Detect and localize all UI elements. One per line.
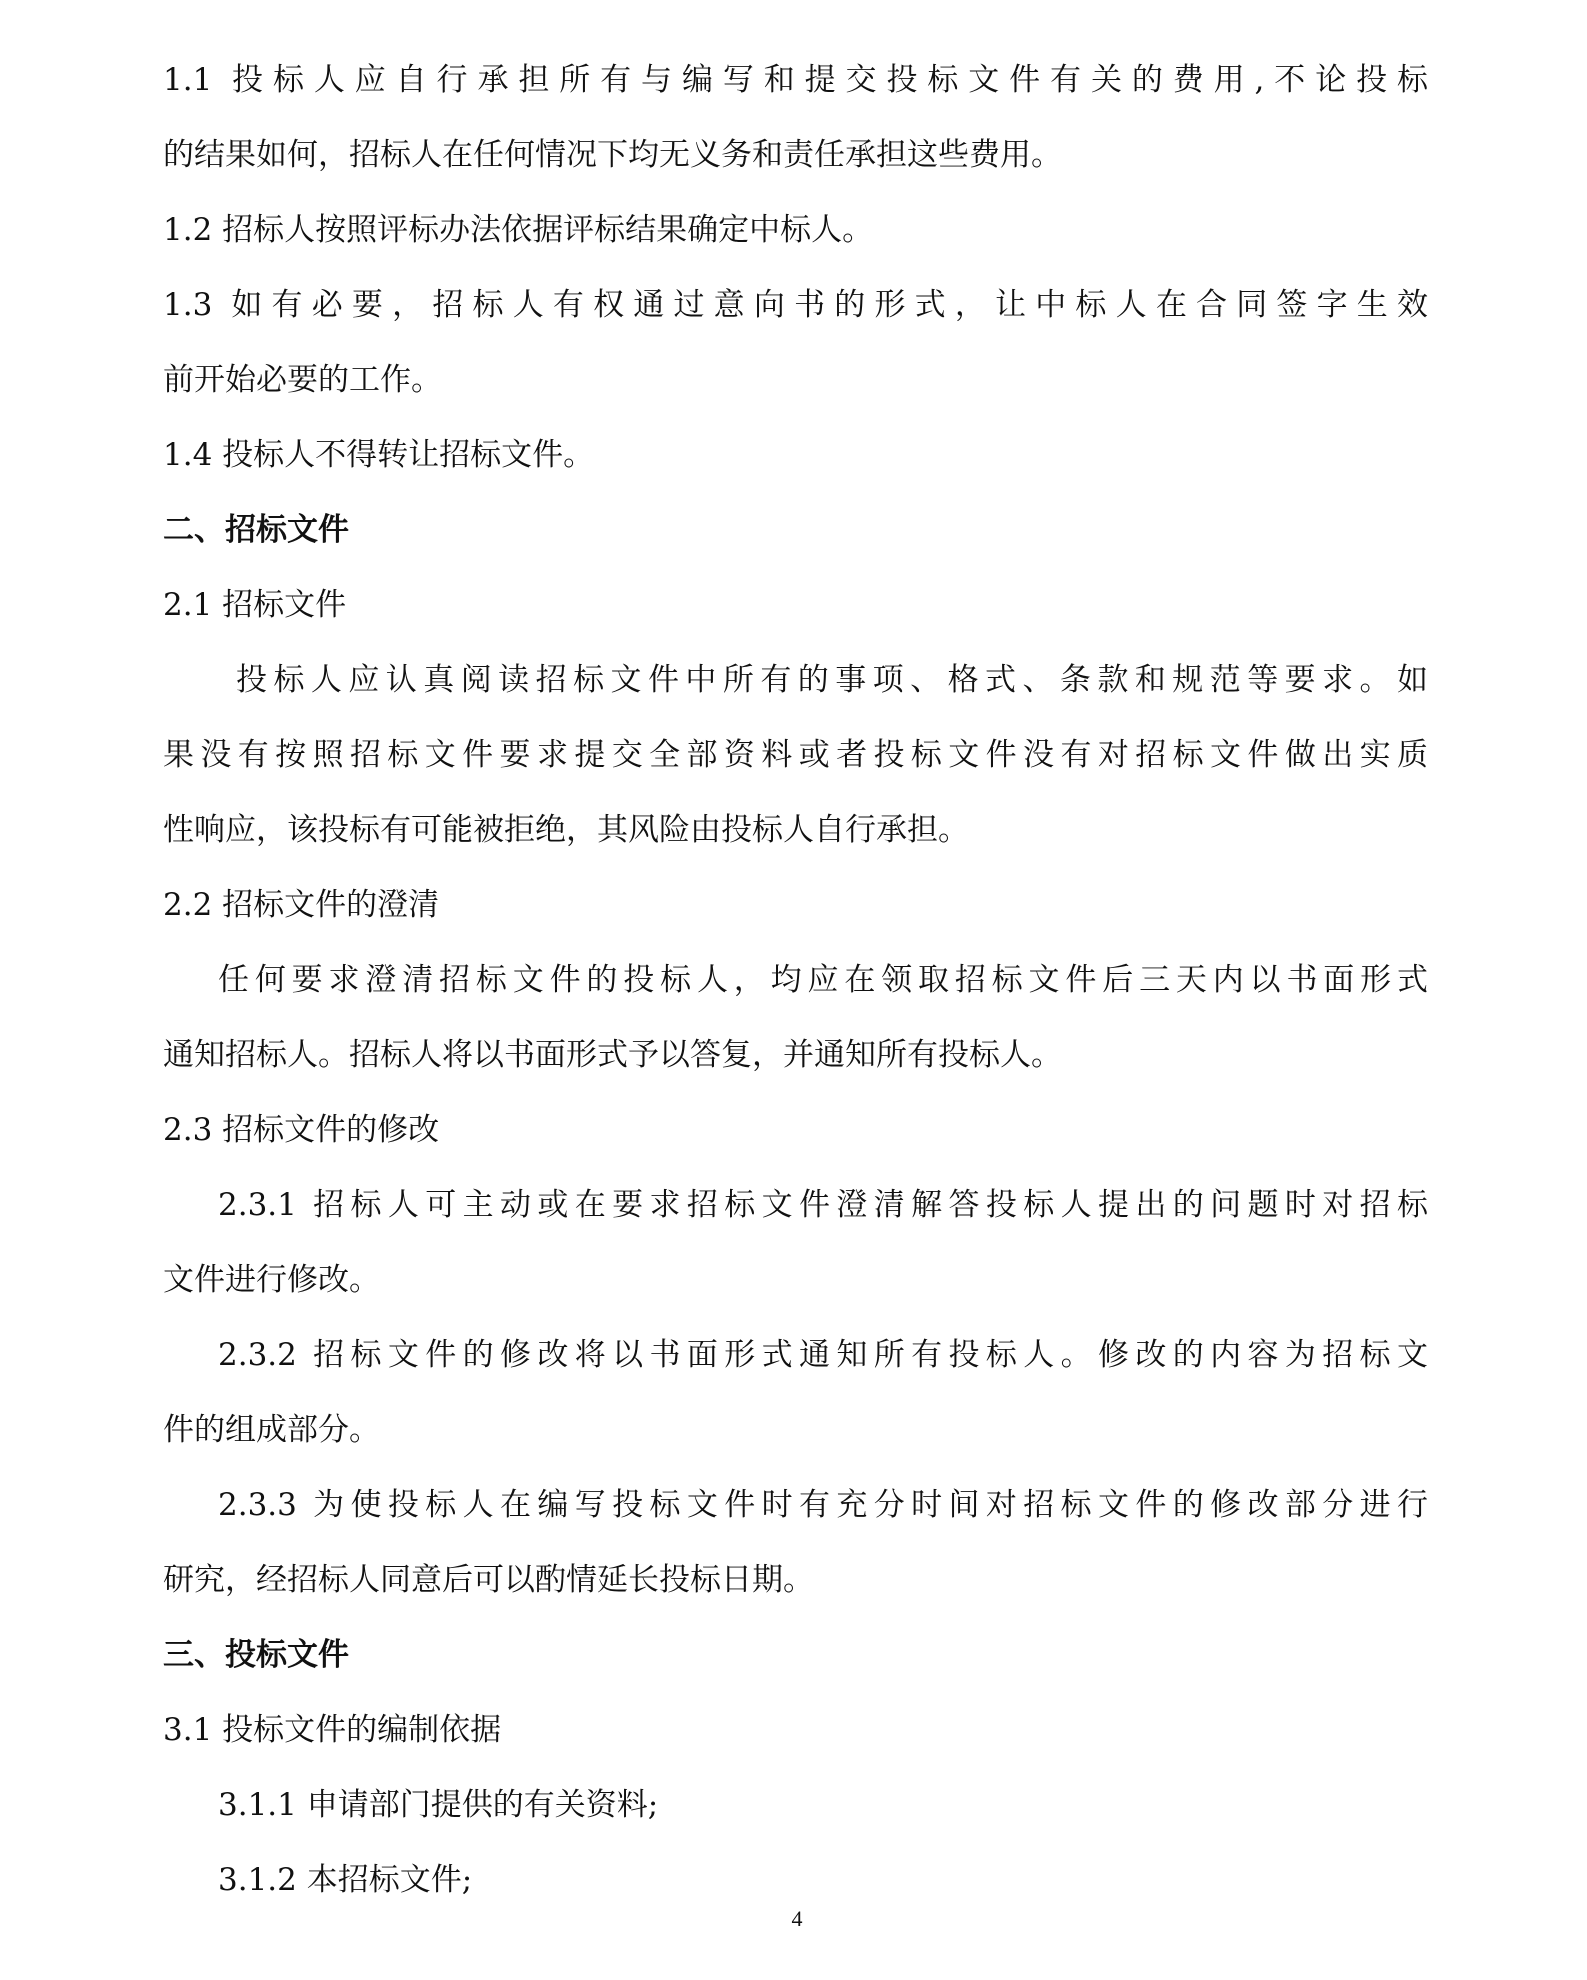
clause-2-3-1-line-1: 2.3.1 招标人可主动或在要求招标文件澄清解答投标人提出的问题时对招标 [218, 1185, 1428, 1225]
clause-1-2: 1.2 招标人按照评标办法依据评标结果确定中标人。 [163, 210, 873, 250]
subheading-3-1: 3.1 投标文件的编制依据 [163, 1710, 501, 1750]
clause-3-1-1: 3.1.1 申请部门提供的有关资料; [218, 1785, 658, 1825]
section-heading-2: 二、招标文件 [163, 510, 349, 550]
clause-3-1-2: 3.1.2 本招标文件; [218, 1860, 472, 1900]
subheading-2-1: 2.1 招标文件 [163, 585, 346, 625]
paragraph-2-2-line-2: 通知招标人。招标人将以书面形式予以答复，并通知所有投标人。 [163, 1035, 1062, 1075]
clause-1-3-line-1: 1.3 如有必要，招标人有权通过意向书的形式，让中标人在合同签字生效 [163, 285, 1428, 325]
subheading-2-2: 2.2 招标文件的澄清 [163, 885, 439, 925]
clause-1-1-line-2: 的结果如何，招标人在任何情况下均无义务和责任承担这些费用。 [163, 135, 1062, 175]
paragraph-2-1-line-3: 性响应，该投标有可能被拒绝，其风险由投标人自行承担。 [163, 810, 969, 850]
paragraph-2-2-line-1: 任何要求澄清招标文件的投标人，均应在领取招标文件后三天内以书面形式 [218, 960, 1428, 1000]
clause-2-3-3-line-1: 2.3.3 为使投标人在编写投标文件时有充分时间对招标文件的修改部分进行 [218, 1485, 1428, 1525]
clause-1-1-line-1: 1.1 投标人应自行承担所有与编写和提交投标文件有关的费用,不论投标 [163, 60, 1428, 100]
clause-2-3-3-line-2: 研究，经招标人同意后可以酌情延长投标日期。 [163, 1560, 814, 1600]
clause-2-3-2-line-1: 2.3.2 招标文件的修改将以书面形式通知所有投标人。修改的内容为招标文 [218, 1335, 1428, 1375]
document-page: 1.1 投标人应自行承担所有与编写和提交投标文件有关的费用,不论投标 的结果如何… [0, 0, 1587, 1980]
paragraph-2-1-line-2: 果没有按照招标文件要求提交全部资料或者投标文件没有对招标文件做出实质 [163, 735, 1428, 775]
paragraph-2-1-line-1: 投标人应认真阅读招标文件中所有的事项、格式、条款和规范等要求。如 [236, 660, 1428, 700]
clause-2-3-1-line-2: 文件进行修改。 [163, 1260, 380, 1300]
clause-1-3-line-2: 前开始必要的工作。 [163, 360, 442, 400]
subheading-2-3: 2.3 招标文件的修改 [163, 1110, 439, 1150]
section-heading-3: 三、投标文件 [163, 1635, 349, 1675]
clause-2-3-2-line-2: 件的组成部分。 [163, 1410, 380, 1450]
page-number: 4 [787, 1904, 807, 1934]
clause-1-4: 1.4 投标人不得转让招标文件。 [163, 435, 594, 475]
